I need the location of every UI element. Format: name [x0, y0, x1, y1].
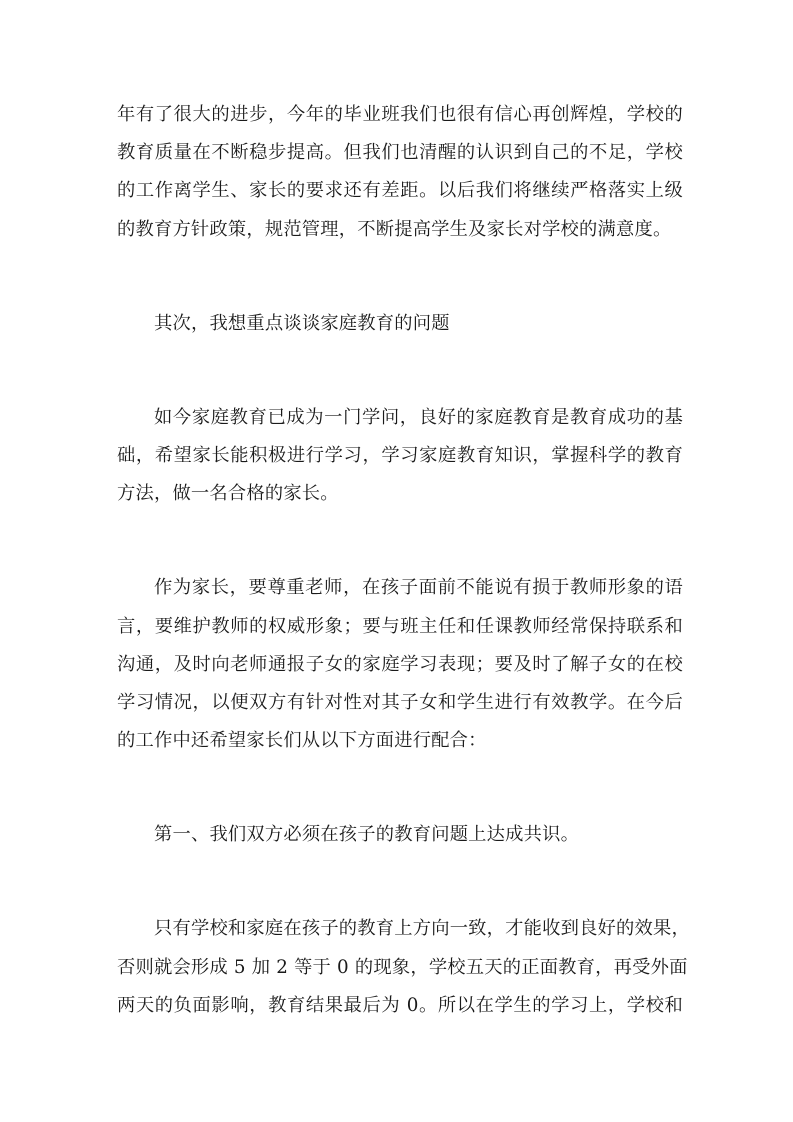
section-heading: 其次，我想重点谈谈家庭教育的问题: [154, 312, 683, 336]
section-heading: 第一、我们双方必须在孩子的教育问题上达成共识。: [154, 823, 683, 847]
text-line: 只有学校和家庭在孩子的教育上方向一致，才能收到良好的效果，: [154, 917, 683, 941]
text-line: 沟通，及时向老师通报子女的家庭学习表现；要及时了解子女的在校: [117, 653, 683, 677]
text-line: 的工作中还希望家长们从以下方面进行配合：: [117, 729, 683, 753]
text-line: 础，希望家长能积极进行学习，学习家庭教育知识，掌握科学的教育: [117, 444, 683, 468]
document-page: 年有了很大的进步，今年的毕业班我们也很有信心再创辉煌，学校的 教育质量在不断稳步…: [0, 0, 793, 1122]
text-line: 作为家长，要尊重老师，在孩子面前不能说有损于教师形象的语: [154, 576, 683, 600]
text-line: 言，要维护教师的权威形象；要与班主任和任课教师经常保持联系和: [117, 615, 683, 639]
text-line: 学习情况，以便双方有针对性对其子女和学生进行有效教学。在今后: [117, 691, 683, 715]
text-line: 教育质量在不断稳步提高。但我们也清醒的认识到自己的不足，学校: [117, 141, 683, 165]
text-line: 两天的负面影响，教育结果最后为 0。所以在学生的学习上，学校和: [117, 994, 683, 1018]
text-line: 的工作离学生、家长的要求还有差距。以后我们将继续严格落实上级: [117, 179, 683, 203]
text-line: 如今家庭教育已成为一门学问，良好的家庭教育是教育成功的基: [154, 406, 683, 430]
text-line: 的教育方针政策，规范管理，不断提高学生及家长对学校的满意度。: [117, 218, 683, 242]
text-line: 方法，做一名合格的家长。: [117, 482, 683, 506]
text-line: 年有了很大的进步，今年的毕业班我们也很有信心再创辉煌，学校的: [117, 103, 683, 127]
text-line: 否则就会形成 5 加 2 等于 0 的现象，学校五天的正面教育，再受外面: [117, 956, 683, 980]
